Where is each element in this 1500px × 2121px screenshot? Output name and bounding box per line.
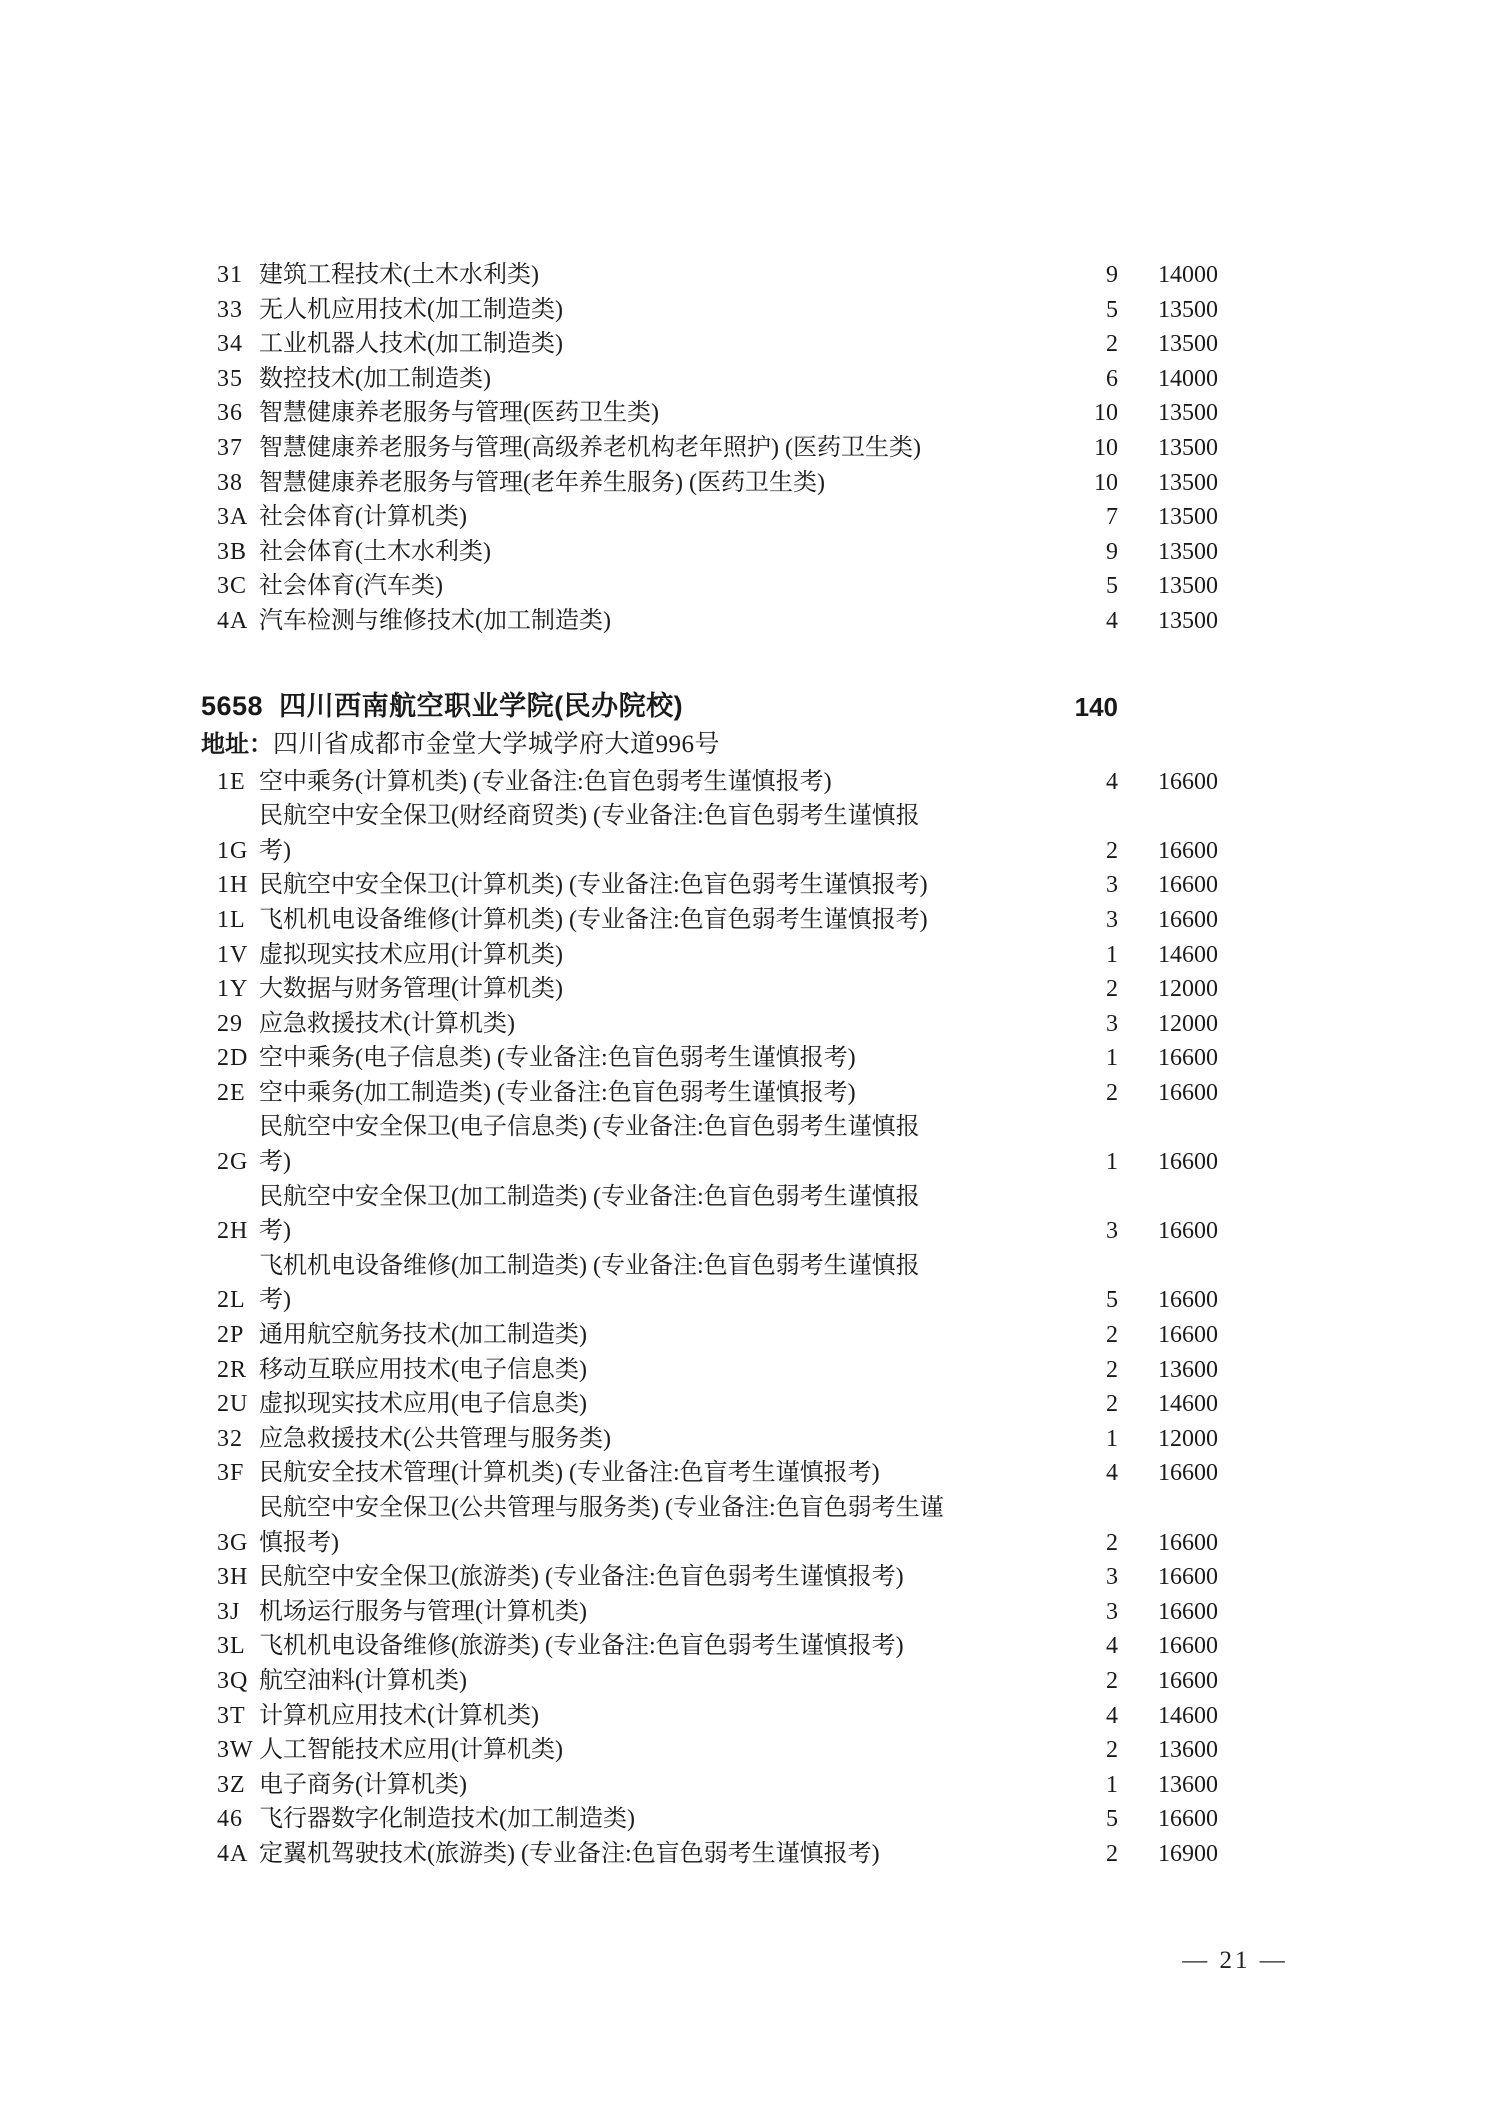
program-tuition-fee: 14000 — [1118, 258, 1218, 293]
program-plan-count: 4 — [1048, 765, 1118, 800]
program-row: 2L飞机机电设备维修(加工制造类) (专业备注:色盲色弱考生谨慎报考)51660… — [217, 1249, 1218, 1318]
program-tuition-fee: 16600 — [1118, 1318, 1218, 1353]
program-code: 1Y — [217, 972, 259, 1007]
program-name-line: 民航空中安全保卫(计算机类) (专业备注:色盲色弱考生谨慎报考) — [259, 868, 1048, 903]
program-name: 汽车检测与维修技术(加工制造类) — [259, 604, 1048, 639]
program-code: 2R — [217, 1353, 259, 1388]
program-row: 2R移动互联应用技术(电子信息类)213600 — [217, 1353, 1218, 1388]
program-tuition-fee: 16600 — [1118, 1595, 1218, 1630]
program-row: 2U虚拟现实技术应用(电子信息类)214600 — [217, 1387, 1218, 1422]
program-plan-count: 9 — [1048, 535, 1118, 570]
program-plan-count: 5 — [1048, 1283, 1118, 1318]
program-name: 数控技术(加工制造类) — [259, 362, 1048, 397]
program-code: 4A — [217, 604, 259, 639]
program-code: 3C — [217, 569, 259, 604]
program-plan-count: 2 — [1048, 834, 1118, 869]
program-name: 飞机机电设备维修(计算机类) (专业备注:色盲色弱考生谨慎报考) — [259, 903, 1048, 938]
program-name: 飞机机电设备维修(旅游类) (专业备注:色盲色弱考生谨慎报考) — [259, 1629, 1048, 1664]
program-name-line: 数控技术(加工制造类) — [259, 362, 1048, 397]
program-code: 35 — [217, 362, 259, 397]
program-name-line: 通用航空航务技术(加工制造类) — [259, 1318, 1048, 1353]
admission-plan-table: 31建筑工程技术(土木水利类)91400033无人机应用技术(加工制造类)513… — [217, 258, 1218, 1872]
program-plan-count: 7 — [1048, 500, 1118, 535]
school-title-space — [263, 691, 279, 721]
program-name: 航空油料(计算机类) — [259, 1664, 1048, 1699]
program-code: 37 — [217, 431, 259, 466]
program-plan-count: 1 — [1048, 1768, 1118, 1803]
program-tuition-fee: 13600 — [1118, 1353, 1218, 1388]
program-tuition-fee: 16600 — [1118, 1802, 1218, 1837]
program-name: 民航空中安全保卫(公共管理与服务类) (专业备注:色盲色弱考生谨慎报考) — [259, 1491, 1048, 1560]
program-row: 2P通用航空航务技术(加工制造类)216600 — [217, 1318, 1218, 1353]
page-number: — 21 — — [1150, 1944, 1320, 1978]
program-name-line: 社会体育(汽车类) — [259, 569, 1048, 604]
program-row: 1L飞机机电设备维修(计算机类) (专业备注:色盲色弱考生谨慎报考)316600 — [217, 903, 1218, 938]
program-code: 46 — [217, 1802, 259, 1837]
program-plan-count: 2 — [1048, 972, 1118, 1007]
program-tuition-fee: 16600 — [1118, 834, 1218, 869]
program-name-line: 计算机应用技术(计算机类) — [259, 1699, 1048, 1734]
program-plan-count: 2 — [1048, 327, 1118, 362]
program-plan-count: 2 — [1048, 1526, 1118, 1561]
program-name-line: 智慧健康养老服务与管理(医药卫生类) — [259, 396, 1048, 431]
program-code: 3Z — [217, 1768, 259, 1803]
program-row: 36智慧健康养老服务与管理(医药卫生类)1013500 — [217, 396, 1218, 431]
program-name-line: 建筑工程技术(土木水利类) — [259, 258, 1048, 293]
program-name: 飞行器数字化制造技术(加工制造类) — [259, 1802, 1048, 1837]
program-tuition-fee: 13500 — [1118, 500, 1218, 535]
program-code: 2E — [217, 1076, 259, 1111]
program-plan-count: 6 — [1048, 362, 1118, 397]
program-row: 33无人机应用技术(加工制造类)513500 — [217, 293, 1218, 328]
program-plan-count: 1 — [1048, 1145, 1118, 1180]
program-tuition-fee: 14600 — [1118, 1699, 1218, 1734]
program-tuition-fee: 16600 — [1118, 1214, 1218, 1249]
program-row: 3A社会体育(计算机类)713500 — [217, 500, 1218, 535]
program-code: 29 — [217, 1007, 259, 1042]
program-row: 3J机场运行服务与管理(计算机类)316600 — [217, 1595, 1218, 1630]
program-plan-count: 3 — [1048, 1560, 1118, 1595]
program-name: 工业机器人技术(加工制造类) — [259, 327, 1048, 362]
program-name-line: 民航空中安全保卫(旅游类) (专业备注:色盲色弱考生谨慎报考) — [259, 1560, 1048, 1595]
program-tuition-fee: 13500 — [1118, 466, 1218, 501]
program-code: 3H — [217, 1560, 259, 1595]
program-code: 2U — [217, 1387, 259, 1422]
program-tuition-fee: 16600 — [1118, 765, 1218, 800]
program-tuition-fee: 16600 — [1118, 1526, 1218, 1561]
program-plan-count: 2 — [1048, 1318, 1118, 1353]
program-name: 智慧健康养老服务与管理(老年养生服务) (医药卫生类) — [259, 466, 1048, 501]
program-name-line: 应急救援技术(计算机类) — [259, 1007, 1048, 1042]
program-name-line: 虚拟现实技术应用(电子信息类) — [259, 1387, 1048, 1422]
program-tuition-fee: 12000 — [1118, 1007, 1218, 1042]
program-row: 1G民航空中安全保卫(财经商贸类) (专业备注:色盲色弱考生谨慎报考)21660… — [217, 799, 1218, 868]
program-row: 29应急救援技术(计算机类)312000 — [217, 1007, 1218, 1042]
program-row: 3L飞机机电设备维修(旅游类) (专业备注:色盲色弱考生谨慎报考)416600 — [217, 1629, 1218, 1664]
program-name: 电子商务(计算机类) — [259, 1768, 1048, 1803]
program-plan-count: 1 — [1048, 1422, 1118, 1457]
program-code: 4A — [217, 1837, 259, 1872]
program-name-line: 定翼机驾驶技术(旅游类) (专业备注:色盲色弱考生谨慎报考) — [259, 1837, 1048, 1872]
program-name-line: 飞机机电设备维修(加工制造类) (专业备注:色盲色弱考生谨慎报 — [259, 1249, 1048, 1284]
program-row: 34工业机器人技术(加工制造类)213500 — [217, 327, 1218, 362]
program-tuition-fee: 16600 — [1118, 1560, 1218, 1595]
document-page: 31建筑工程技术(土木水利类)91400033无人机应用技术(加工制造类)513… — [0, 0, 1500, 2121]
program-name: 定翼机驾驶技术(旅游类) (专业备注:色盲色弱考生谨慎报考) — [259, 1837, 1048, 1872]
program-code: 33 — [217, 293, 259, 328]
program-name-line: 无人机应用技术(加工制造类) — [259, 293, 1048, 328]
program-name-line: 工业机器人技术(加工制造类) — [259, 327, 1048, 362]
program-code: 34 — [217, 327, 259, 362]
program-name: 计算机应用技术(计算机类) — [259, 1699, 1048, 1734]
program-code: 1L — [217, 903, 259, 938]
program-name: 民航空中安全保卫(财经商贸类) (专业备注:色盲色弱考生谨慎报考) — [259, 799, 1048, 868]
program-code: 2P — [217, 1318, 259, 1353]
program-row: 35数控技术(加工制造类)614000 — [217, 362, 1218, 397]
program-row: 3W人工智能技术应用(计算机类)213600 — [217, 1733, 1218, 1768]
program-name-line: 考) — [259, 1283, 1048, 1318]
program-row: 46飞行器数字化制造技术(加工制造类)516600 — [217, 1802, 1218, 1837]
program-name: 人工智能技术应用(计算机类) — [259, 1733, 1048, 1768]
program-tuition-fee: 16600 — [1118, 903, 1218, 938]
program-name-line: 智慧健康养老服务与管理(老年养生服务) (医药卫生类) — [259, 466, 1048, 501]
program-name: 应急救援技术(公共管理与服务类) — [259, 1422, 1048, 1457]
program-plan-count: 4 — [1048, 1456, 1118, 1491]
school-name: 四川西南航空职业学院(民办院校) — [279, 691, 683, 721]
program-name-line: 大数据与财务管理(计算机类) — [259, 972, 1048, 1007]
program-code: 3B — [217, 535, 259, 570]
program-tuition-fee: 16600 — [1118, 1076, 1218, 1111]
program-code: 3G — [217, 1526, 259, 1561]
school-code: 5658 — [201, 691, 263, 721]
program-row: 4A汽车检测与维修技术(加工制造类)413500 — [217, 604, 1218, 639]
program-name-line: 社会体育(计算机类) — [259, 500, 1048, 535]
program-name: 建筑工程技术(土木水利类) — [259, 258, 1048, 293]
program-tuition-fee: 16600 — [1118, 1041, 1218, 1076]
program-plan-count: 3 — [1048, 868, 1118, 903]
program-name: 移动互联应用技术(电子信息类) — [259, 1353, 1048, 1388]
program-name-line: 虚拟现实技术应用(计算机类) — [259, 938, 1048, 973]
program-row: 2H民航空中安全保卫(加工制造类) (专业备注:色盲色弱考生谨慎报考)31660… — [217, 1180, 1218, 1249]
program-code: 3J — [217, 1595, 259, 1630]
address-text: 四川省成都市金堂大学城学府大道996号 — [273, 731, 720, 758]
program-name-line: 社会体育(土木水利类) — [259, 535, 1048, 570]
program-tuition-fee: 14000 — [1118, 362, 1218, 397]
program-name-line: 慎报考) — [259, 1526, 1048, 1561]
program-plan-count: 5 — [1048, 1802, 1118, 1837]
program-name: 应急救援技术(计算机类) — [259, 1007, 1048, 1042]
program-name-line: 飞行器数字化制造技术(加工制造类) — [259, 1802, 1048, 1837]
program-row: 3Z电子商务(计算机类)113600 — [217, 1768, 1218, 1803]
program-plan-count: 3 — [1048, 903, 1118, 938]
program-code: 38 — [217, 466, 259, 501]
program-plan-count: 3 — [1048, 1214, 1118, 1249]
program-code: 36 — [217, 396, 259, 431]
program-code: 31 — [217, 258, 259, 293]
program-row: 3C社会体育(汽车类)513500 — [217, 569, 1218, 604]
program-row: 1V虚拟现实技术应用(计算机类)114600 — [217, 938, 1218, 973]
program-name: 民航空中安全保卫(计算机类) (专业备注:色盲色弱考生谨慎报考) — [259, 868, 1048, 903]
program-code: 2D — [217, 1041, 259, 1076]
school-address-row: 地址：四川省成都市金堂大学城学府大道996号 — [201, 725, 1218, 765]
program-code: 3T — [217, 1699, 259, 1734]
program-name: 社会体育(计算机类) — [259, 500, 1048, 535]
address-label: 地址： — [201, 731, 273, 758]
program-code: 2L — [217, 1283, 259, 1318]
program-tuition-fee: 16600 — [1118, 1283, 1218, 1318]
program-plan-count: 5 — [1048, 293, 1118, 328]
program-name-line: 空中乘务(电子信息类) (专业备注:色盲色弱考生谨慎报考) — [259, 1041, 1048, 1076]
program-name: 智慧健康养老服务与管理(医药卫生类) — [259, 396, 1048, 431]
program-name-line: 应急救援技术(公共管理与服务类) — [259, 1422, 1048, 1457]
program-name: 社会体育(汽车类) — [259, 569, 1048, 604]
program-plan-count: 3 — [1048, 1007, 1118, 1042]
program-row: 3F民航安全技术管理(计算机类) (专业备注:色盲考生谨慎报考)416600 — [217, 1456, 1218, 1491]
program-name-line: 考) — [259, 1214, 1048, 1249]
program-tuition-fee: 13500 — [1118, 604, 1218, 639]
program-name-line: 移动互联应用技术(电子信息类) — [259, 1353, 1048, 1388]
program-plan-count: 1 — [1048, 938, 1118, 973]
program-name: 社会体育(土木水利类) — [259, 535, 1048, 570]
program-name: 民航安全技术管理(计算机类) (专业备注:色盲考生谨慎报考) — [259, 1456, 1048, 1491]
program-code: 3L — [217, 1629, 259, 1664]
program-name-line: 人工智能技术应用(计算机类) — [259, 1733, 1048, 1768]
program-code: 1H — [217, 868, 259, 903]
program-row: 3B社会体育(土木水利类)913500 — [217, 535, 1218, 570]
program-plan-count: 2 — [1048, 1387, 1118, 1422]
program-name: 民航空中安全保卫(加工制造类) (专业备注:色盲色弱考生谨慎报考) — [259, 1180, 1048, 1249]
program-tuition-fee: 16600 — [1118, 1145, 1218, 1180]
program-tuition-fee: 16600 — [1118, 868, 1218, 903]
program-tuition-fee: 14600 — [1118, 938, 1218, 973]
program-code: 1E — [217, 765, 259, 800]
program-name-line: 民航空中安全保卫(财经商贸类) (专业备注:色盲色弱考生谨慎报 — [259, 799, 1048, 834]
program-name: 空中乘务(计算机类) (专业备注:色盲色弱考生谨慎报考) — [259, 765, 1048, 800]
program-name-line: 飞机机电设备维修(计算机类) (专业备注:色盲色弱考生谨慎报考) — [259, 903, 1048, 938]
program-tuition-fee: 16600 — [1118, 1664, 1218, 1699]
program-plan-count: 4 — [1048, 1629, 1118, 1664]
program-plan-count: 5 — [1048, 569, 1118, 604]
program-code: 32 — [217, 1422, 259, 1457]
program-name-line: 汽车检测与维修技术(加工制造类) — [259, 604, 1048, 639]
program-row: 2E空中乘务(加工制造类) (专业备注:色盲色弱考生谨慎报考)216600 — [217, 1076, 1218, 1111]
program-name-line: 机场运行服务与管理(计算机类) — [259, 1595, 1048, 1630]
program-tuition-fee: 14600 — [1118, 1387, 1218, 1422]
program-code: 1G — [217, 834, 259, 869]
program-name-line: 航空油料(计算机类) — [259, 1664, 1048, 1699]
program-tuition-fee: 13500 — [1118, 431, 1218, 466]
school-title: 5658 四川西南航空职业学院(民办院校) — [201, 689, 1048, 723]
program-plan-count: 3 — [1048, 1595, 1118, 1630]
program-name: 机场运行服务与管理(计算机类) — [259, 1595, 1048, 1630]
program-name: 空中乘务(加工制造类) (专业备注:色盲色弱考生谨慎报考) — [259, 1076, 1048, 1111]
program-row: 32应急救援技术(公共管理与服务类)112000 — [217, 1422, 1218, 1457]
program-row: 3H民航空中安全保卫(旅游类) (专业备注:色盲色弱考生谨慎报考)316600 — [217, 1560, 1218, 1595]
program-name-line: 空中乘务(计算机类) (专业备注:色盲色弱考生谨慎报考) — [259, 765, 1048, 800]
program-tuition-fee: 13600 — [1118, 1733, 1218, 1768]
program-tuition-fee: 16600 — [1118, 1456, 1218, 1491]
program-name-line: 民航空中安全保卫(加工制造类) (专业备注:色盲色弱考生谨慎报 — [259, 1180, 1048, 1215]
program-name: 智慧健康养老服务与管理(高级养老机构老年照护) (医药卫生类) — [259, 431, 1048, 466]
program-tuition-fee: 16600 — [1118, 1629, 1218, 1664]
program-plan-count: 10 — [1048, 431, 1118, 466]
program-tuition-fee: 13500 — [1118, 535, 1218, 570]
program-row: 2D空中乘务(电子信息类) (专业备注:色盲色弱考生谨慎报考)116600 — [217, 1041, 1218, 1076]
program-plan-count: 2 — [1048, 1353, 1118, 1388]
program-row: 3G民航空中安全保卫(公共管理与服务类) (专业备注:色盲色弱考生谨慎报考)21… — [217, 1491, 1218, 1560]
program-plan-count: 10 — [1048, 466, 1118, 501]
program-plan-count: 1 — [1048, 1041, 1118, 1076]
program-tuition-fee: 13600 — [1118, 1768, 1218, 1803]
program-code: 3Q — [217, 1664, 259, 1699]
program-name-line: 民航空中安全保卫(公共管理与服务类) (专业备注:色盲色弱考生谨 — [259, 1491, 1048, 1526]
program-name: 虚拟现实技术应用(电子信息类) — [259, 1387, 1048, 1422]
program-tuition-fee: 13500 — [1118, 396, 1218, 431]
program-plan-count: 2 — [1048, 1664, 1118, 1699]
program-row: 4A定翼机驾驶技术(旅游类) (专业备注:色盲色弱考生谨慎报考)216900 — [217, 1837, 1218, 1872]
program-plan-count: 2 — [1048, 1733, 1118, 1768]
program-tuition-fee: 13500 — [1118, 293, 1218, 328]
program-name-line: 考) — [259, 1145, 1048, 1180]
program-row: 37智慧健康养老服务与管理(高级养老机构老年照护) (医药卫生类)1013500 — [217, 431, 1218, 466]
program-name: 飞机机电设备维修(加工制造类) (专业备注:色盲色弱考生谨慎报考) — [259, 1249, 1048, 1318]
program-plan-count: 2 — [1048, 1837, 1118, 1872]
school-total-count: 140 — [1048, 691, 1118, 723]
program-plan-count: 2 — [1048, 1076, 1118, 1111]
program-plan-count: 4 — [1048, 604, 1118, 639]
program-row: 3Q航空油料(计算机类)216600 — [217, 1664, 1218, 1699]
program-name-line: 电子商务(计算机类) — [259, 1768, 1048, 1803]
program-name-line: 智慧健康养老服务与管理(高级养老机构老年照护) (医药卫生类) — [259, 431, 1048, 466]
program-tuition-fee: 12000 — [1118, 972, 1218, 1007]
program-code: 2H — [217, 1214, 259, 1249]
program-tuition-fee: 13500 — [1118, 569, 1218, 604]
program-plan-count: 9 — [1048, 258, 1118, 293]
program-row: 2G民航空中安全保卫(电子信息类) (专业备注:色盲色弱考生谨慎报考)11660… — [217, 1110, 1218, 1179]
program-tuition-fee: 16900 — [1118, 1837, 1218, 1872]
program-name: 空中乘务(电子信息类) (专业备注:色盲色弱考生谨慎报考) — [259, 1041, 1048, 1076]
program-name: 民航空中安全保卫(旅游类) (专业备注:色盲色弱考生谨慎报考) — [259, 1560, 1048, 1595]
program-name-line: 民航安全技术管理(计算机类) (专业备注:色盲考生谨慎报考) — [259, 1456, 1048, 1491]
program-code: 1V — [217, 938, 259, 973]
school-header: 5658 四川西南航空职业学院(民办院校)140 — [217, 689, 1218, 723]
program-row: 1H民航空中安全保卫(计算机类) (专业备注:色盲色弱考生谨慎报考)316600 — [217, 868, 1218, 903]
program-row: 1E空中乘务(计算机类) (专业备注:色盲色弱考生谨慎报考)416600 — [217, 765, 1218, 800]
program-row: 38智慧健康养老服务与管理(老年养生服务) (医药卫生类)1013500 — [217, 466, 1218, 501]
program-code: 3A — [217, 500, 259, 535]
program-row: 3T计算机应用技术(计算机类)414600 — [217, 1699, 1218, 1734]
program-name-line: 民航空中安全保卫(电子信息类) (专业备注:色盲色弱考生谨慎报 — [259, 1110, 1048, 1145]
program-name-line: 飞机机电设备维修(旅游类) (专业备注:色盲色弱考生谨慎报考) — [259, 1629, 1048, 1664]
program-tuition-fee: 13500 — [1118, 327, 1218, 362]
program-name: 无人机应用技术(加工制造类) — [259, 293, 1048, 328]
program-code: 3F — [217, 1456, 259, 1491]
program-row: 1Y大数据与财务管理(计算机类)212000 — [217, 972, 1218, 1007]
program-plan-count: 10 — [1048, 396, 1118, 431]
program-name-line: 空中乘务(加工制造类) (专业备注:色盲色弱考生谨慎报考) — [259, 1076, 1048, 1111]
program-name: 通用航空航务技术(加工制造类) — [259, 1318, 1048, 1353]
program-code: 2G — [217, 1145, 259, 1180]
program-name: 大数据与财务管理(计算机类) — [259, 972, 1048, 1007]
program-tuition-fee: 12000 — [1118, 1422, 1218, 1457]
program-name: 虚拟现实技术应用(计算机类) — [259, 938, 1048, 973]
program-code: 3W — [217, 1733, 259, 1768]
program-row: 31建筑工程技术(土木水利类)914000 — [217, 258, 1218, 293]
program-name-line: 考) — [259, 834, 1048, 869]
program-name: 民航空中安全保卫(电子信息类) (专业备注:色盲色弱考生谨慎报考) — [259, 1110, 1048, 1179]
program-plan-count: 4 — [1048, 1699, 1118, 1734]
